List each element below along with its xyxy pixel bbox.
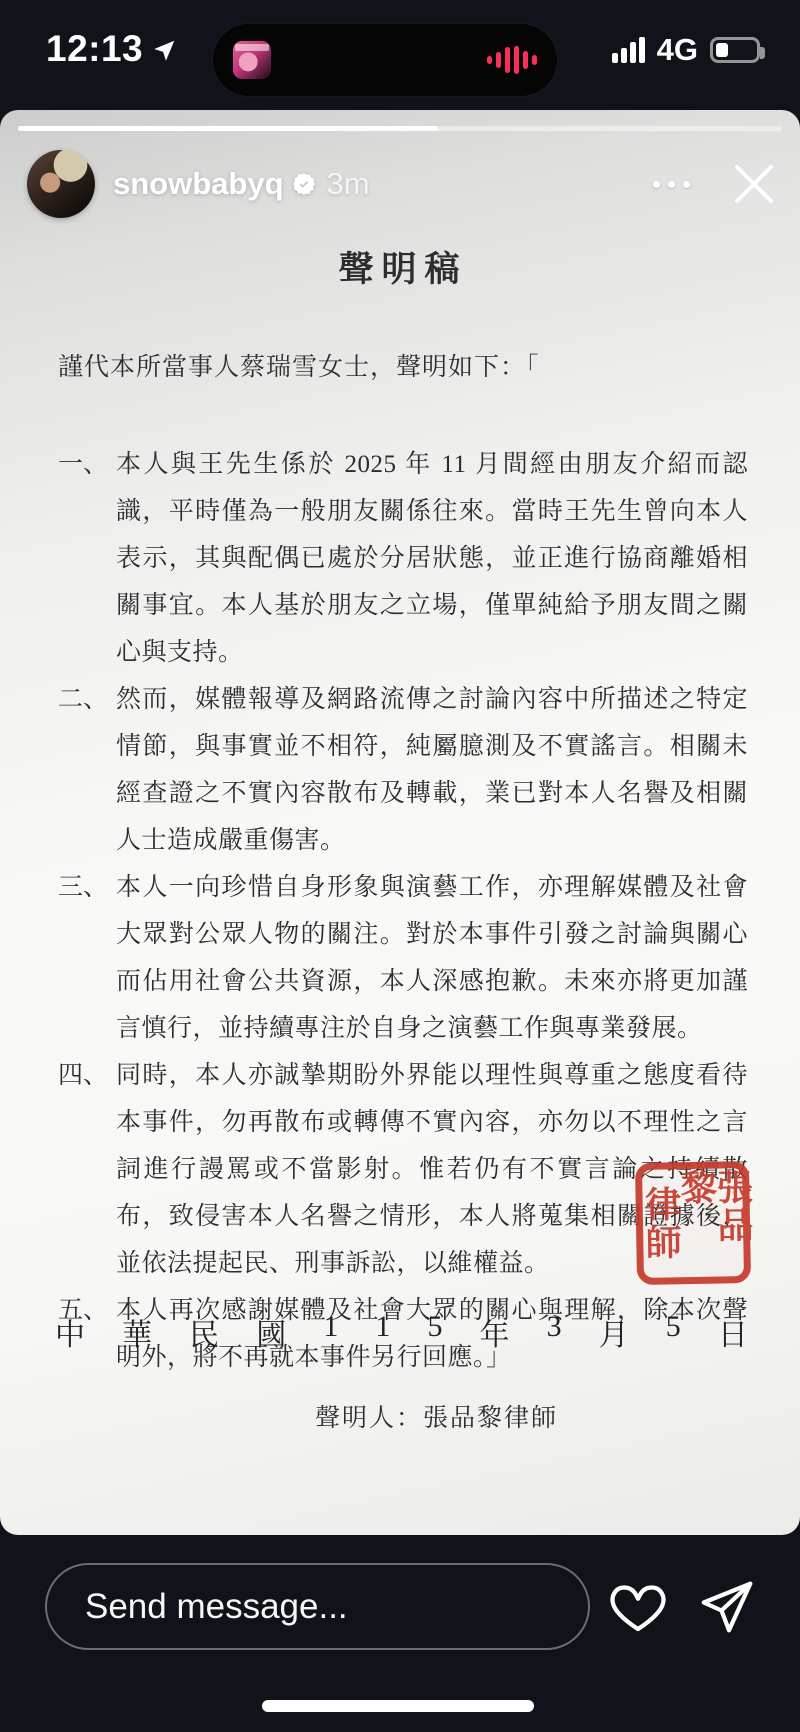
audio-waveform-icon <box>487 46 537 74</box>
signal-strength-icon <box>612 37 645 63</box>
close-button[interactable] <box>730 160 778 208</box>
message-composer[interactable] <box>45 1563 590 1650</box>
heart-icon <box>613 1588 664 1630</box>
statement-item: 二、 然而，媒體報導及網路流傳之討論內容中所描述之特定情節，與事實並不相符，純屬… <box>58 676 748 864</box>
close-icon <box>737 167 771 201</box>
status-indicators: 4G <box>612 32 760 68</box>
item-number: 四、 <box>58 1052 116 1287</box>
more-options-button[interactable] <box>641 169 702 200</box>
story-timestamp: 3m <box>327 166 370 202</box>
item-number: 一、 <box>58 441 116 676</box>
dynamic-island[interactable] <box>213 24 557 96</box>
share-button[interactable] <box>697 1577 757 1637</box>
document-title: 聲明稿 <box>58 242 748 292</box>
story-header: snowbabyq 3m <box>27 148 778 220</box>
paper-plane-icon <box>704 1584 751 1631</box>
status-bar: 12:13 4G <box>0 0 800 100</box>
username[interactable]: snowbabyq <box>113 166 284 202</box>
more-options-icon <box>653 181 660 188</box>
like-button[interactable] <box>608 1577 668 1637</box>
verified-badge-icon <box>293 173 315 195</box>
time-text: 12:13 <box>46 28 143 70</box>
location-arrow-icon <box>151 38 177 64</box>
item-text: 本人一向珍惜自身形象與演藝工作，亦理解媒體及社會大眾對公眾人物的關注。對於本事件… <box>116 864 748 1052</box>
item-text: 然而，媒體報導及網路流傳之討論內容中所描述之特定情節，與事實並不相符，純屬臆測及… <box>116 676 748 864</box>
seal-right-column: 張品黎 <box>678 1168 752 1277</box>
avatar[interactable] <box>27 150 95 218</box>
item-number: 二、 <box>58 676 116 864</box>
statement-item: 三、 本人一向珍惜自身形象與演藝工作，亦理解媒體及社會大眾對公眾人物的關注。對於… <box>58 864 748 1052</box>
statement-item: 一、 本人與王先生係於 2025 年 11 月間經由朋友介紹而認識，平時僅為一般… <box>58 441 748 676</box>
now-playing-album-art <box>233 41 271 79</box>
seal-left-column: 律師 <box>642 1185 679 1262</box>
home-indicator[interactable] <box>262 1700 534 1712</box>
network-type-label: 4G <box>657 32 698 68</box>
clock: 12:13 <box>46 28 177 70</box>
item-number: 三、 <box>58 864 116 1052</box>
story-progress-bar <box>18 126 782 131</box>
document-intro: 謹代本所當事人蔡瑞雪女士，聲明如下：「 <box>58 347 748 383</box>
story-progress-fill <box>18 126 438 131</box>
document-date: 中 華 民 國 1 1 5 年 3 月 5 日 <box>55 1310 748 1354</box>
lawyer-seal-stamp: 張品黎 律師 <box>635 1161 751 1285</box>
signer-line: 聲明人：張品黎律師 <box>58 1395 748 1442</box>
item-text: 本人與王先生係於 2025 年 11 月間經由朋友介紹而認識，平時僅為一般朋友關… <box>116 441 748 676</box>
battery-icon <box>710 37 760 63</box>
send-message-input[interactable] <box>85 1587 550 1627</box>
story-card[interactable]: snowbabyq 3m 聲明稿 謹代本所當事人蔡瑞雪女士，聲明如下：「 一、 … <box>0 110 800 1535</box>
